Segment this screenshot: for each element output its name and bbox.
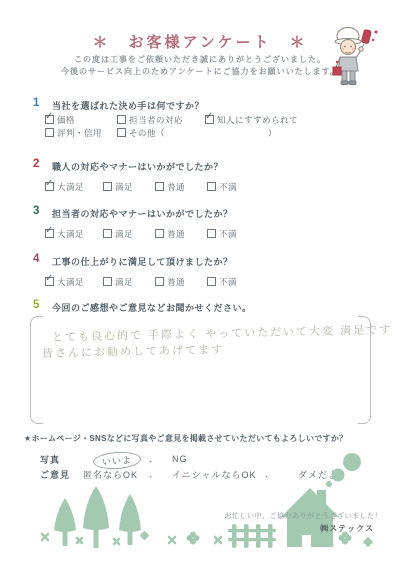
question-1-text: 当社を選ばれた決め手は何ですか？ [52, 99, 204, 112]
q1-reputation-checkbox[interactable] [45, 128, 54, 137]
q4-neutral-label: 普通 [167, 277, 185, 287]
question-1-number: 1 [33, 97, 39, 109]
q4-very-satisfied-checkbox[interactable] [45, 277, 54, 286]
q4-satisfied-checkbox[interactable] [103, 277, 112, 286]
comment-box-left-bracket[interactable] [30, 316, 43, 424]
q4-option-satisfied[interactable]: 満足 [103, 276, 133, 288]
question-3-number: 3 [33, 205, 39, 217]
question-5-text: 今回のご感想やご意見などお聞かせください。 [52, 301, 252, 314]
q1-other-label: その他（ [129, 128, 165, 138]
q3-dissatisfied-checkbox[interactable] [207, 229, 216, 238]
question-4-number: 4 [33, 253, 39, 265]
q2-neutral-checkbox[interactable] [155, 182, 164, 191]
q4-neutral-checkbox[interactable] [155, 277, 164, 286]
q1-option-other[interactable]: その他（ [117, 127, 165, 139]
q1-option-reputation[interactable]: 評判・信用 [45, 127, 102, 139]
q1-price-checkbox[interactable] [45, 115, 54, 124]
q3-very-satisfied-checkbox[interactable] [45, 229, 54, 238]
q3-satisfied-label: 満足 [115, 229, 133, 239]
q4-dissatisfied-label: 不満 [219, 277, 237, 287]
q1-option-price[interactable]: 価格 [45, 114, 75, 126]
q2-satisfied-checkbox[interactable] [103, 182, 112, 191]
q2-option-very-satisfied[interactable]: 大満足 [45, 181, 84, 193]
q4-option-neutral[interactable]: 普通 [155, 276, 185, 288]
q1-staff-label: 担当者の対応 [129, 115, 183, 125]
q3-option-neutral[interactable]: 普通 [155, 228, 185, 240]
q2-dissatisfied-label: 不満 [219, 182, 237, 192]
green-dots-decoration [326, 453, 361, 487]
q2-satisfied-label: 満足 [115, 182, 133, 192]
q3-neutral-checkbox[interactable] [155, 229, 164, 238]
footer-decoration [0, 440, 400, 566]
q2-option-neutral[interactable]: 普通 [155, 181, 185, 193]
q1-other-checkbox[interactable] [117, 128, 126, 137]
q1-reputation-label: 評判・信用 [57, 128, 102, 138]
q1-referral-checkbox[interactable] [205, 115, 214, 124]
q2-dissatisfied-checkbox[interactable] [207, 182, 216, 191]
question-2-text: 職人の対応やマナーはいかがでしたか？ [52, 160, 223, 173]
q3-option-dissatisfied[interactable]: 不満 [207, 228, 237, 240]
q4-very-satisfied-label: 大満足 [57, 277, 84, 287]
painter-mascot-icon [323, 24, 385, 88]
q2-option-dissatisfied[interactable]: 不満 [207, 181, 237, 193]
q2-option-satisfied[interactable]: 満足 [103, 181, 133, 193]
thanks-message: お忙しい中、ご協力ありがとうございました！ [225, 511, 383, 521]
question-4-text: 工事の仕上がりに満足して頂けましたか？ [52, 255, 233, 268]
question-2-number: 2 [33, 158, 39, 170]
fence-icon [228, 524, 276, 548]
q4-option-dissatisfied[interactable]: 不満 [207, 276, 237, 288]
question-5-number: 5 [33, 299, 39, 311]
q3-option-satisfied[interactable]: 満足 [103, 228, 133, 240]
q1-option-staff-response[interactable]: 担当者の対応 [117, 114, 183, 126]
q3-very-satisfied-label: 大満足 [57, 229, 84, 239]
q3-satisfied-checkbox[interactable] [103, 229, 112, 238]
q4-dissatisfied-checkbox[interactable] [207, 277, 216, 286]
handwritten-comment-line-2: 皆さんにお勧めしてあげてます [42, 341, 224, 361]
q3-neutral-label: 普通 [167, 229, 185, 239]
q2-very-satisfied-checkbox[interactable] [45, 182, 54, 191]
q1-price-label: 価格 [57, 115, 75, 125]
q3-option-very-satisfied[interactable]: 大満足 [45, 228, 84, 240]
tree-icons [54, 486, 141, 548]
q4-option-very-satisfied[interactable]: 大満足 [45, 276, 84, 288]
q3-dissatisfied-label: 不満 [219, 229, 237, 239]
q2-very-satisfied-label: 大満足 [57, 182, 84, 192]
question-3-text: 担当者の対応やマナーはいかがでしたか？ [52, 207, 233, 220]
q1-referral-label: 知人にすすめられて [217, 115, 298, 125]
q1-other-close-paren: ） [268, 127, 277, 139]
company-name: ㈱ステックス [320, 523, 374, 534]
q1-staff-checkbox[interactable] [117, 115, 126, 124]
q4-satisfied-label: 満足 [115, 277, 133, 287]
survey-page: ＊ お客様アンケート ＊ この度は工事をご依頼いただき誠にありがとうございました… [0, 0, 400, 566]
q1-option-referral[interactable]: 知人にすすめられて [205, 114, 298, 126]
q2-neutral-label: 普通 [167, 182, 185, 192]
